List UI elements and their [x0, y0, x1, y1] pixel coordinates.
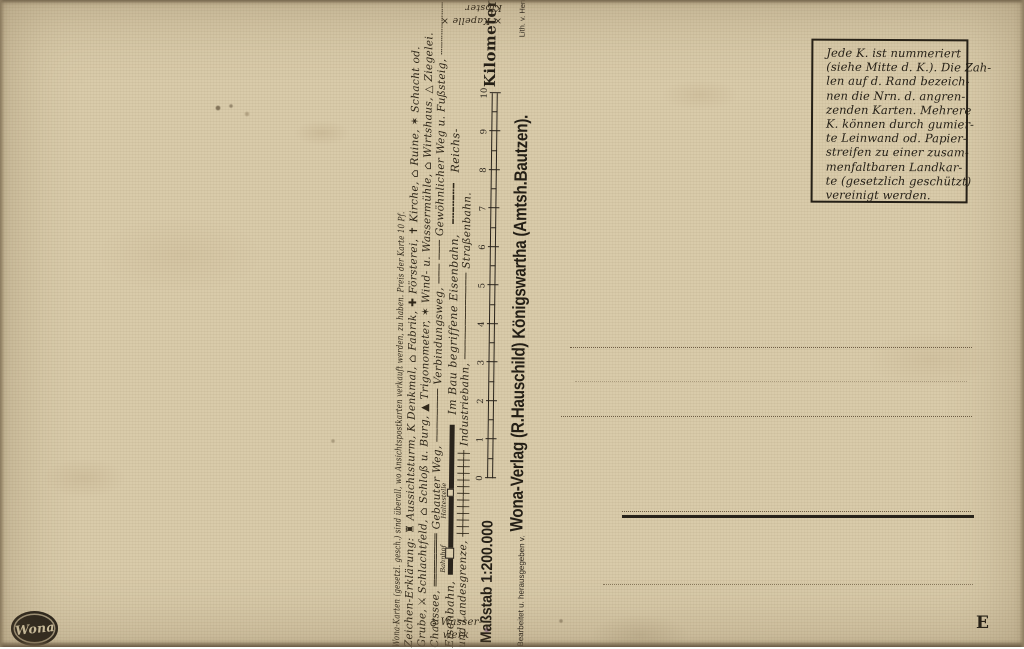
scale-minor-tick	[488, 419, 493, 420]
scale-major-tick	[489, 92, 500, 94]
postcard-back: Wona-Karten (gesetzl. gesch.) sind übera…	[0, 0, 1024, 647]
info-line: te (gesetzlich geschützt)	[826, 173, 963, 188]
scale-major-tick	[488, 169, 499, 171]
scale-minor-tick	[490, 265, 495, 266]
scale-major-tick	[487, 246, 498, 248]
address-line	[561, 416, 972, 417]
series-letter: E	[976, 613, 989, 633]
wona-logo: Wona	[11, 611, 58, 646]
scale-tick-number: 2	[475, 398, 485, 404]
border-label-part: Reichs-	[448, 128, 462, 173]
scale-tick-number: 3	[476, 360, 486, 366]
lithographer-line-2: Hennig u. Grasmück, Leipzig.	[517, 0, 527, 14]
info-line: K. können durch gumier-	[826, 117, 963, 132]
scale-tick-number: 7	[478, 206, 488, 212]
info-line: len auf d. Rand bezeich-	[826, 74, 963, 89]
publisher-prefix-line-1: Bearbeitet u.	[516, 601, 526, 646]
info-line: nen die Nrn. d. angren-	[826, 88, 963, 103]
info-line: (siehe Mitte d. K.). Die Zah-	[826, 60, 963, 75]
station-block-icon	[445, 548, 454, 559]
info-line: zenden Karten. Mehrere	[826, 102, 963, 117]
wona-logo-text: Wona	[14, 619, 55, 638]
address-line	[603, 584, 973, 585]
scan-edge-left	[0, 0, 4, 647]
address-line	[570, 347, 972, 348]
info-line: te Leinwand od. Papier-	[826, 131, 963, 146]
info-line: vereinigt werden.	[826, 188, 963, 203]
scale-major-tick	[488, 207, 499, 209]
scale-major-tick	[489, 130, 500, 132]
publisher-prefix-line-2: herausgegeben v.	[516, 535, 526, 599]
lithographer-line-1: Lith. v.	[517, 16, 526, 38]
scale-major-tick	[486, 400, 497, 402]
scale-major-tick	[486, 323, 497, 325]
scan-edge-right	[1020, 0, 1024, 647]
scale-major-tick	[485, 477, 496, 479]
scale-minor-tick	[489, 342, 494, 343]
waterworks-note-line-1: ♁ Wasser-	[430, 617, 483, 628]
legend-column: Wona-Karten (gesetzl. gesch.) sind übera…	[390, 5, 534, 647]
scale-minor-tick	[491, 188, 496, 189]
scale-major-tick	[486, 361, 497, 363]
scale-tick-number: 10	[479, 88, 489, 99]
scale-minor-tick	[491, 227, 496, 228]
railway-under-construction-symbol: ━╍━╍━╍━	[448, 183, 462, 225]
scale-tick-number: 5	[477, 283, 487, 289]
lithographer-credit: Lith. v. Hennig u. Grasmück, Leipzig.	[518, 0, 536, 37]
scale-minor-tick	[490, 304, 495, 305]
railway-line-symbol: Bahnhof Haltestelle	[447, 425, 454, 575]
scale-tick-number: 4	[476, 321, 486, 327]
address-line-faint	[575, 381, 967, 382]
publisher-name: Wona-Verlag (R.Hauschild) Königswartha (…	[506, 115, 533, 532]
scale-minor-tick	[489, 381, 494, 382]
scale-tick-number: 0	[475, 475, 485, 481]
scan-edge-top	[0, 0, 1024, 4]
halt-block-icon	[447, 489, 454, 497]
chapel-monastery-note: × Kapelle × Kloster	[424, 1, 502, 26]
numbering-instruction-box: Jede K. ist nummeriert (siehe Mitte d. K…	[811, 39, 969, 204]
info-line: streifen zu einer zusam-	[826, 145, 963, 160]
scale-bar: 012345678910	[487, 93, 498, 478]
scale-tick-number: 9	[479, 129, 489, 135]
waterworks-note: ♁ Wasser- werk	[418, 616, 494, 642]
scale-tick-number: 8	[478, 167, 488, 173]
scale-minor-tick	[492, 111, 497, 112]
scale-major-tick	[485, 438, 496, 440]
info-line: Jede K. ist nummeriert	[826, 46, 963, 61]
scale-tick-number: 6	[477, 244, 487, 250]
scale-minor-tick	[492, 150, 497, 151]
chapel-note-line: × Kapelle	[452, 15, 502, 26]
publisher-prefix: Bearbeitet u. herausgegeben v.	[516, 531, 529, 646]
scale-minor-tick	[488, 458, 493, 459]
scale-major-tick	[487, 284, 498, 286]
address-line	[622, 511, 971, 512]
scale-tick-number: 1	[475, 437, 485, 443]
address-divider-rule	[622, 515, 974, 518]
info-line: menfaltbaren Landkar-	[826, 159, 963, 174]
waterworks-note-line-2: werk	[443, 630, 470, 641]
